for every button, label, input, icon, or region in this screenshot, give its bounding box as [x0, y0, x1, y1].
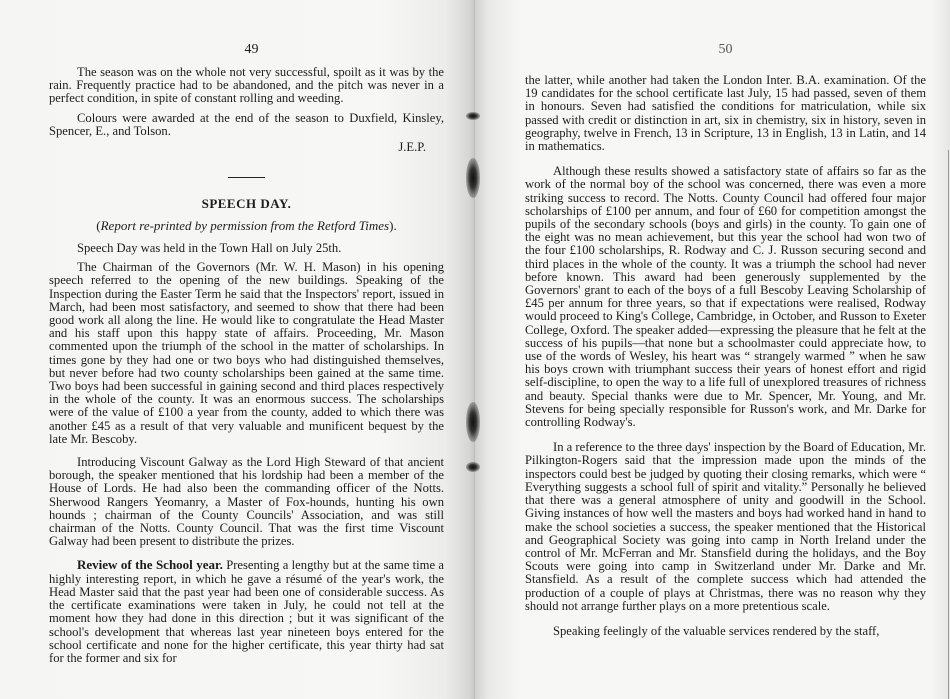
paragraph: Although these results showed a satisfac…	[525, 165, 926, 429]
paragraph: The Chairman of the Governors (Mr. W. H.…	[49, 261, 444, 446]
binding-gutter	[474, 0, 475, 699]
staple-mark-icon	[466, 112, 480, 120]
paragraph: the latter, while another had taken the …	[525, 66, 926, 153]
section-heading: SPEECH DAY.	[49, 196, 444, 212]
paragraph: The season was on the whole not very suc…	[49, 66, 444, 106]
subheading-text: Report re-printed by permission from the…	[101, 218, 390, 233]
review-heading: Review of the School year.	[77, 557, 223, 572]
section-divider	[228, 177, 265, 178]
staple-mark-icon	[466, 402, 480, 442]
review-text: Presenting a lengthy but at the same tim…	[49, 558, 444, 664]
review-paragraph: Review of the School year. Presenting a …	[49, 558, 444, 665]
right-page: 50 the latter, while another had taken t…	[474, 0, 950, 699]
page-number-right: 50	[525, 0, 926, 66]
staple-mark-icon	[466, 462, 480, 472]
left-page: 49 The season was on the whole not very …	[0, 0, 474, 699]
paragraph: Speaking feelingly of the valuable servi…	[525, 625, 926, 638]
page-edge	[948, 150, 949, 699]
staple-mark-icon	[466, 158, 480, 198]
paragraph: Speech Day was held in the Town Hall on …	[49, 242, 444, 255]
page-number-left: 49	[49, 0, 444, 66]
paragraph: Introducing Viscount Galway as the Lord …	[49, 456, 444, 548]
signature: J.E.P.	[49, 140, 426, 155]
section-subheading: (Report re-printed by permission from th…	[49, 218, 444, 234]
book-spread: 49 The season was on the whole not very …	[0, 0, 950, 699]
paragraph: Colours were awarded at the end of the s…	[49, 112, 444, 138]
paragraph: In a reference to the three days' inspec…	[525, 441, 926, 613]
